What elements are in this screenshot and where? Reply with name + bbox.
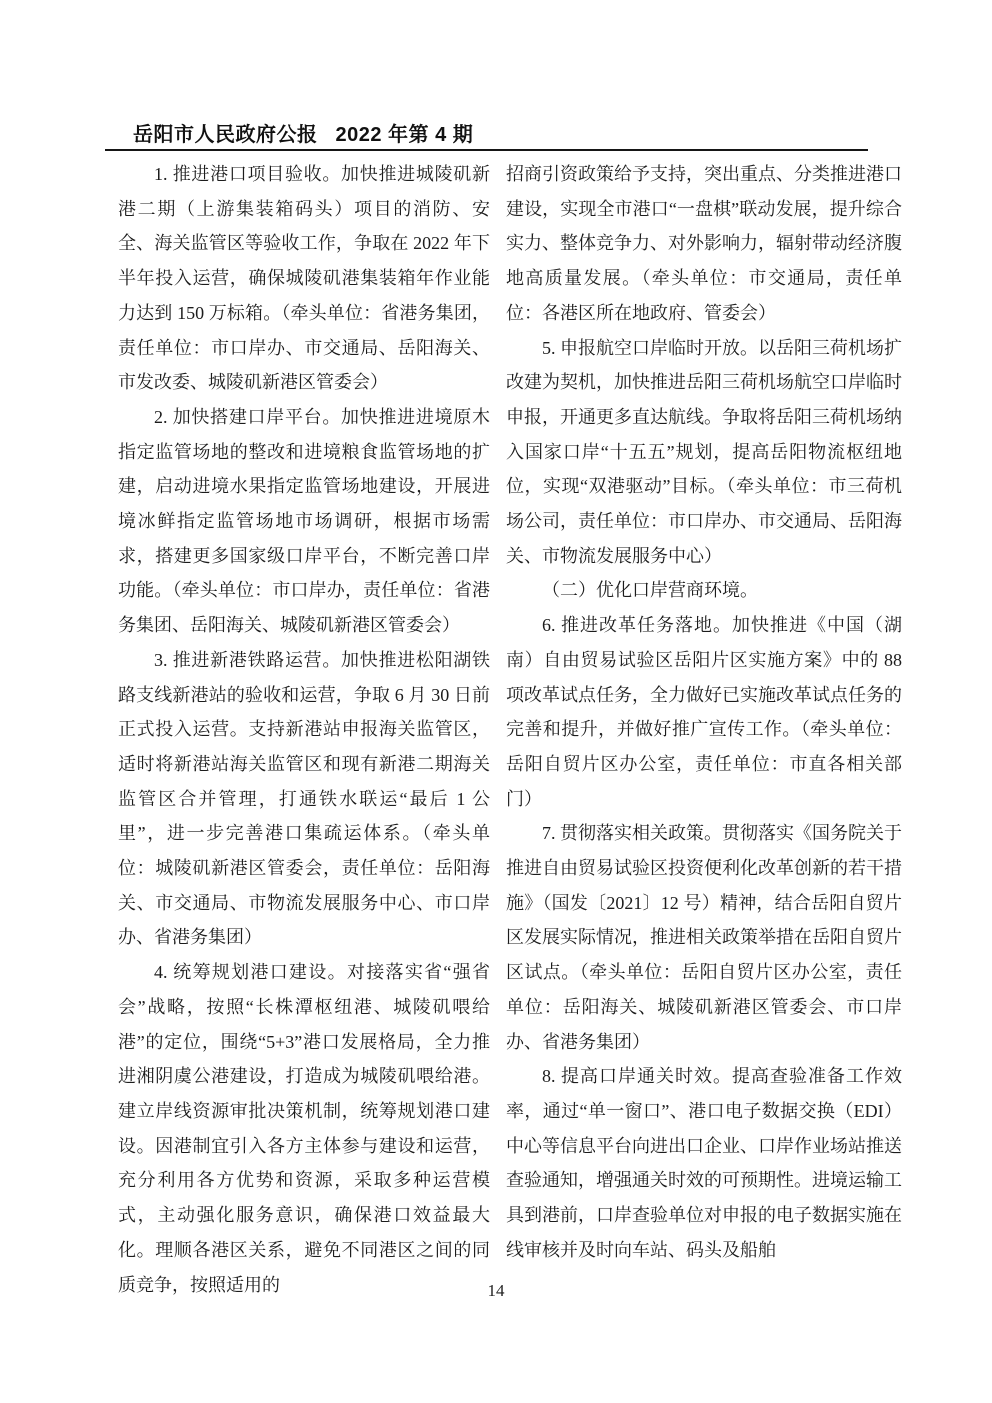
page-number: 14 (0, 1281, 992, 1301)
paragraph-item-2: 2. 加快搭建口岸平台。加快推进进境原木指定监管场地的整改和进境粮食监管场地的扩… (118, 400, 490, 643)
document-body: 1. 推进港口项目验收。加快推进城陵矶新港二期（上游集装箱码头）项目的消防、安全… (118, 157, 902, 1302)
gazette-issue: 2022 年第 4 期 (336, 124, 474, 146)
paragraph-item-1: 1. 推进港口项目验收。加快推进城陵矶新港二期（上游集装箱码头）项目的消防、安全… (118, 157, 490, 400)
gazette-title: 岳阳市人民政府公报 (133, 124, 318, 146)
section-heading-2: （二）优化口岸营商环境。 (506, 573, 902, 608)
paragraph-item-6: 6. 推进改革任务落地。加快推进《中国（湖南）自由贸易试验区岳阳片区实施方案》中… (506, 608, 902, 816)
gazette-page: 岳阳市人民政府公报2022 年第 4 期 1. 推进港口项目验收。加快推进城陵矶… (0, 0, 992, 1403)
paragraph-item-4-continued: 招商引资政策给予支持，突出重点、分类推进港口建设，实现全市港口“一盘棋”联动发展… (506, 157, 902, 331)
paragraph-item-8: 8. 提高口岸通关时效。提高查验准备工作效率，通过“单一窗口”、港口电子数据交换… (506, 1059, 902, 1267)
left-column: 1. 推进港口项目验收。加快推进城陵矶新港二期（上游集装箱码头）项目的消防、安全… (118, 157, 490, 1302)
paragraph-item-5: 5. 申报航空口岸临时开放。以岳阳三荷机场扩改建为契机，加快推进岳阳三荷机场航空… (506, 331, 902, 574)
paragraph-item-4: 4. 统筹规划港口建设。对接落实省“强省会”战略，按照“长株潭枢纽港、城陵矶喂给… (118, 955, 490, 1302)
right-column: 招商引资政策给予支持，突出重点、分类推进港口建设，实现全市港口“一盘棋”联动发展… (506, 157, 902, 1302)
paragraph-item-7: 7. 贯彻落实相关政策。贯彻落实《国务院关于推进自由贸易试验区投资便利化改革创新… (506, 816, 902, 1059)
header-divider (105, 149, 868, 151)
page-header: 岳阳市人民政府公报2022 年第 4 期 (133, 118, 473, 147)
paragraph-item-3: 3. 推进新港铁路运营。加快推进松阳湖铁路支线新港站的验收和运营，争取 6 月 … (118, 643, 490, 955)
